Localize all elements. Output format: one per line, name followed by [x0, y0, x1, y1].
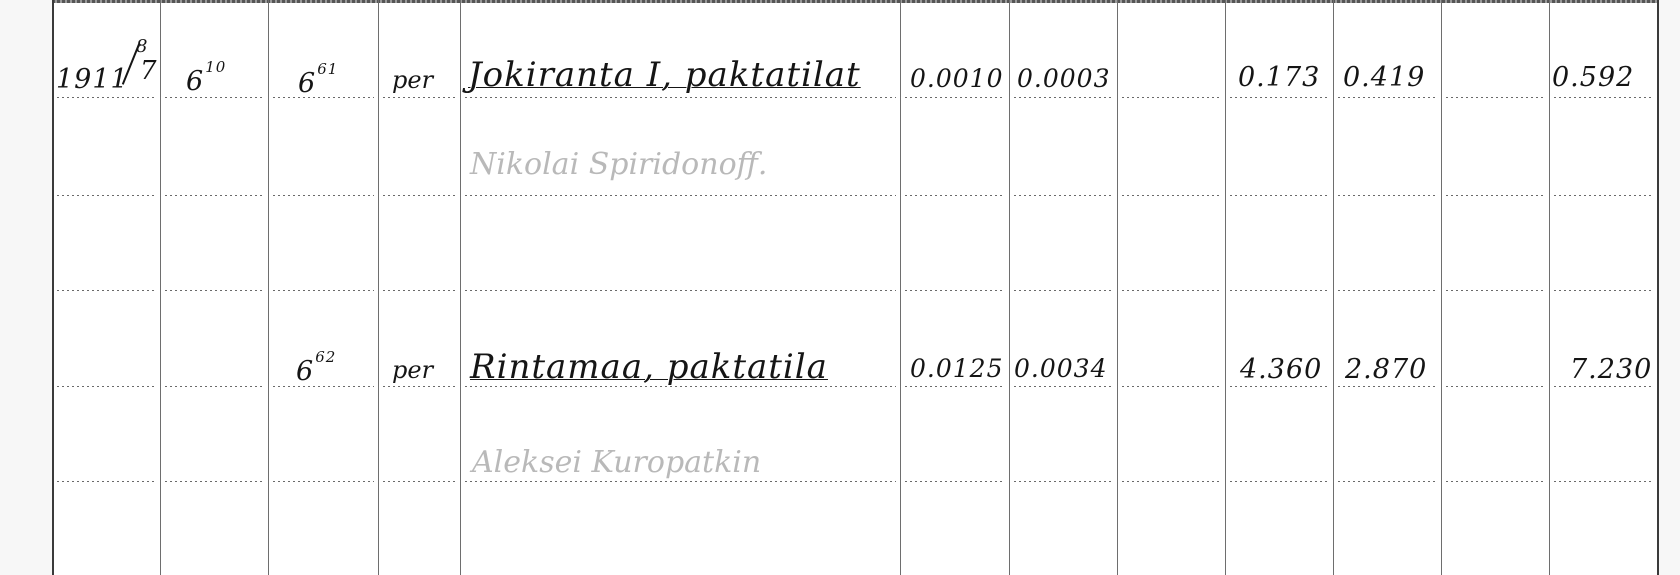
entry-per: per — [392, 68, 433, 92]
ruled-dotted-line — [1446, 386, 1545, 387]
ruled-dotted-line — [1554, 386, 1653, 387]
ruled-dotted-line — [905, 195, 1005, 196]
entry-per: per — [392, 358, 433, 382]
ruled-dotted-line — [1446, 481, 1545, 482]
entry-hour: 610 — [186, 60, 226, 95]
ruled-dotted-line — [465, 195, 896, 196]
ruled-dotted-line — [465, 290, 896, 291]
page-left-margin — [0, 0, 52, 575]
hour-value: 6 — [186, 66, 204, 97]
column-rule — [1225, 0, 1226, 575]
ruled-dotted-line — [383, 481, 456, 482]
column-rule — [1549, 0, 1550, 575]
hour-minutes: 10 — [205, 58, 226, 76]
ruled-dotted-line — [1014, 290, 1113, 291]
ruled-dotted-line — [1014, 97, 1113, 98]
ruled-dotted-line — [165, 386, 264, 387]
ruled-dotted-line — [273, 386, 374, 387]
header-bottom-rule — [52, 0, 1659, 3]
ruled-dotted-line — [165, 195, 264, 196]
entry-ref: 661 — [298, 62, 338, 97]
ruled-dotted-line — [165, 481, 264, 482]
ruled-dotted-line — [57, 195, 156, 196]
ruled-dotted-line — [905, 481, 1005, 482]
ruled-dotted-line — [1122, 386, 1221, 387]
ruled-dotted-line — [383, 97, 456, 98]
ruled-dotted-line — [273, 195, 374, 196]
column-rule — [378, 0, 379, 575]
column-rule — [900, 0, 901, 575]
ruled-dotted-line — [1122, 195, 1221, 196]
ruled-dotted-line — [273, 290, 374, 291]
ruled-dotted-line — [905, 290, 1005, 291]
ruled-dotted-line — [273, 481, 374, 482]
ruled-dotted-line — [1554, 97, 1653, 98]
ruled-dotted-line — [1446, 290, 1545, 291]
entry-owner-pencil: Nikolai Spiridonoff. — [470, 150, 767, 180]
ref-main: 6 — [296, 356, 314, 387]
ruled-dotted-line — [1554, 195, 1653, 196]
entry-total: 7.230 — [1570, 356, 1652, 383]
ref-sup: 62 — [315, 348, 336, 366]
ruled-dotted-line — [465, 481, 896, 482]
ruled-dotted-line — [383, 386, 456, 387]
column-rule — [1657, 0, 1659, 575]
ruled-dotted-line — [905, 386, 1005, 387]
column-rule — [1117, 0, 1118, 575]
entry-col-d: 4.360 — [1240, 356, 1322, 383]
entry-col-a: 0.0125 — [910, 356, 1003, 381]
ruled-dotted-line — [383, 290, 456, 291]
ruled-dotted-line — [905, 97, 1005, 98]
entry-col-b: 0.0034 — [1014, 356, 1107, 381]
entry-col-a: 0.0010 — [910, 66, 1003, 91]
date-slash — [122, 43, 140, 85]
ruled-dotted-line — [57, 481, 156, 482]
entry-owner-pencil: Aleksei Kuropatkin — [472, 448, 761, 478]
ruled-dotted-line — [1338, 290, 1437, 291]
ref-sup: 61 — [317, 60, 338, 78]
column-rule — [1333, 0, 1334, 575]
ruled-dotted-line — [1014, 386, 1113, 387]
ruled-dotted-line — [1446, 97, 1545, 98]
column-rule — [1009, 0, 1010, 575]
ruled-dotted-line — [1230, 195, 1329, 196]
entry-col-e: 0.419 — [1343, 64, 1425, 91]
entry-place: Rintamaa, paktatila — [470, 350, 828, 384]
entry-total: 0.592 — [1552, 64, 1634, 91]
ruled-dotted-line — [1122, 481, 1221, 482]
ruled-dotted-line — [1554, 481, 1653, 482]
ruled-dotted-line — [465, 97, 896, 98]
column-rule — [268, 0, 269, 575]
entry-place: Jokiranta I, paktatilat — [468, 58, 861, 92]
ruled-dotted-line — [1122, 97, 1221, 98]
ruled-dotted-line — [1338, 195, 1437, 196]
ruled-dotted-line — [1014, 195, 1113, 196]
ruled-dotted-line — [1122, 290, 1221, 291]
ruled-dotted-line — [1338, 386, 1437, 387]
ruled-dotted-line — [1230, 386, 1329, 387]
entry-ref: 662 — [296, 350, 336, 385]
ruled-dotted-line — [57, 386, 156, 387]
ruled-dotted-line — [1446, 195, 1545, 196]
ruled-dotted-line — [383, 195, 456, 196]
entry-col-b: 0.0003 — [1017, 66, 1110, 91]
entry-col-e: 2.870 — [1345, 356, 1427, 383]
ruled-dotted-line — [57, 290, 156, 291]
ruled-dotted-line — [165, 97, 264, 98]
ruled-dotted-line — [165, 290, 264, 291]
entry-year: 1911 — [56, 66, 129, 93]
page-right-margin — [1659, 0, 1680, 575]
ruled-dotted-line — [1338, 97, 1437, 98]
ref-main: 6 — [298, 68, 316, 99]
column-rule — [52, 0, 54, 575]
column-rule — [460, 0, 461, 575]
ruled-dotted-line — [1338, 481, 1437, 482]
ruled-dotted-line — [1230, 290, 1329, 291]
ruled-dotted-line — [1554, 290, 1653, 291]
ruled-dotted-line — [273, 97, 374, 98]
column-rule — [1441, 0, 1442, 575]
ruled-dotted-line — [1230, 97, 1329, 98]
ledger-page: 1911 8 7 610 661 per Jokiranta I, paktat… — [0, 0, 1680, 575]
entry-date: 8 7 — [122, 36, 162, 106]
date-denominator: 7 — [140, 56, 157, 86]
entry-col-d: 0.173 — [1238, 64, 1320, 91]
ruled-dotted-line — [1014, 481, 1113, 482]
ruled-dotted-line — [1230, 481, 1329, 482]
